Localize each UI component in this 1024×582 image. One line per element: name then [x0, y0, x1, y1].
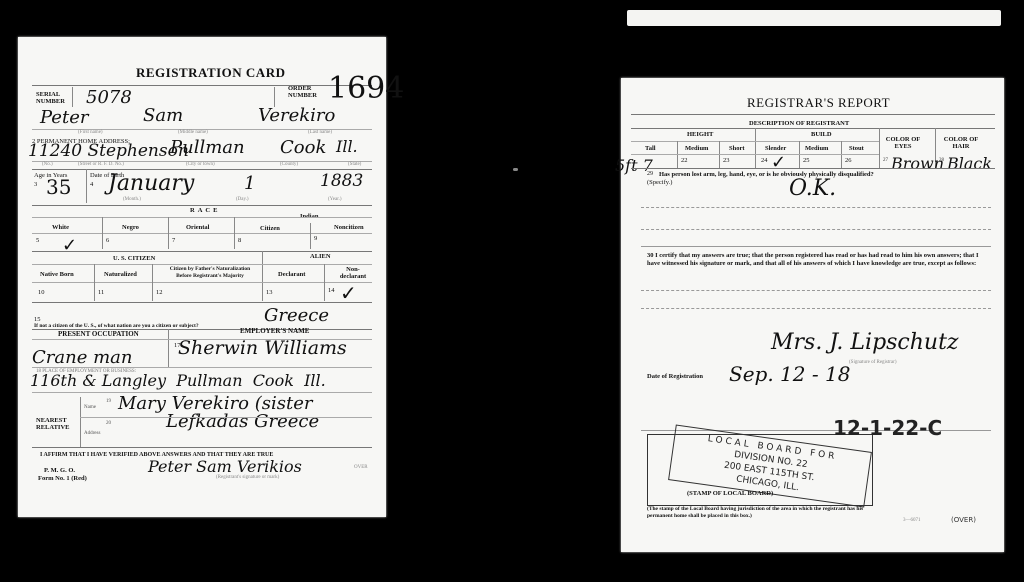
file-number: 12-1-22-C	[833, 416, 942, 440]
paper-strip	[627, 10, 1001, 26]
nation-num: 15	[34, 316, 41, 323]
certify-text: 30 I certify that my answers are true; t…	[647, 252, 993, 268]
build-slender-check: ✓	[771, 152, 786, 173]
nation-value: Greece	[264, 305, 329, 326]
build-heading: BUILD	[811, 131, 832, 138]
build-slender-label: Slender	[765, 145, 786, 152]
occupation-value: Crane man	[32, 347, 132, 368]
cit-num-11: 11	[98, 289, 104, 296]
eyes-num: 27	[883, 158, 888, 163]
build-num-24: 24	[761, 157, 768, 164]
relative-address-value: Lefkadas Greece	[166, 411, 319, 432]
height-medium-label: Medium	[685, 145, 708, 152]
place-value: 116th & Langley Pullman Cook Ill.	[30, 371, 326, 390]
build-medium-label: Medium	[805, 145, 828, 152]
order-value: 1694	[328, 71, 404, 106]
caption-month: (Month.)	[123, 197, 141, 202]
date-label: Date of Registration	[647, 373, 703, 380]
address-city: Pullman	[170, 137, 245, 158]
age-value: 35	[46, 175, 71, 199]
relative-name-num: 19	[106, 399, 111, 404]
signature-caption: (Registrant's signature or mark)	[216, 475, 279, 480]
middle-name: Sam	[143, 105, 183, 126]
caption-state: (State)	[348, 162, 361, 167]
certify-body: I certify that my answers are true; that…	[647, 252, 978, 267]
hair-heading: COLOR OF HAIR	[941, 136, 981, 150]
form-id-line2: Form No. 1 (Red)	[38, 475, 87, 482]
height-tall-label: Tall	[645, 145, 656, 152]
caption-day: (Day.)	[236, 197, 249, 202]
dob-month: January	[108, 171, 194, 196]
non-declarant-label: Non-declarant	[336, 266, 370, 280]
stamp-caption: (STAMP OF LOCAL BOARD)	[687, 490, 773, 497]
declarant-label: Declarant	[278, 271, 305, 278]
relative-address-num: 20	[106, 421, 111, 426]
registration-card: REGISTRATION CARD SERIAL NUMBER 5078 ORD…	[18, 37, 386, 517]
relative-address-label: Address	[84, 431, 100, 436]
hair-value: Black	[947, 154, 992, 173]
caption-middle: (Middle name)	[178, 130, 208, 135]
hair-num: 28	[939, 158, 944, 163]
race-num-8: 8	[238, 237, 241, 244]
registration-date: Sep. 12 - 18	[729, 362, 850, 386]
last-name: Verekiro	[258, 105, 335, 126]
cit-num-13: 13	[266, 289, 273, 296]
employer-value: Sherwin Williams	[178, 337, 347, 359]
dob-num: 4	[90, 181, 93, 188]
race-white-check: ✓	[62, 235, 77, 256]
first-name: Peter	[40, 107, 88, 128]
registrant-signature: Peter Sam Verikios	[148, 457, 302, 476]
build-stout-label: Stout	[849, 145, 864, 152]
caption-city: (City or town)	[186, 162, 215, 167]
over-label: OVER	[354, 465, 368, 470]
stamp-note: (The stamp of the Local Board having jur…	[647, 506, 887, 520]
order-label: ORDER NUMBER	[288, 85, 322, 99]
eyes-value: Brown	[891, 154, 944, 173]
naturalized-label: Naturalized	[104, 271, 137, 278]
dob-year: 1883	[320, 171, 363, 191]
race-noncitizen-label: Noncitizen	[334, 224, 364, 231]
occupation-label: PRESENT OCCUPATION	[58, 331, 139, 338]
specify-label: (Specify.)	[647, 179, 672, 186]
registrar-signature: Mrs. J. Lipschutz	[771, 330, 959, 355]
race-num-7: 7	[172, 237, 175, 244]
cit-num-12: 12	[156, 289, 163, 296]
over-label-right: (OVER)	[951, 516, 976, 524]
caption-first: (First name)	[78, 130, 103, 135]
employer-label: EMPLOYER'S NAME	[240, 328, 309, 335]
card-title: REGISTRATION CARD	[136, 65, 285, 81]
report-title: REGISTRAR'S REPORT	[747, 95, 890, 111]
form-id-line1: P. M. G. O.	[44, 467, 75, 474]
height-short-label: Short	[729, 145, 745, 152]
caption-county: (County)	[280, 162, 298, 167]
relative-label: NEAREST RELATIVE	[36, 417, 82, 431]
caption-year: (Year.)	[328, 197, 342, 202]
race-num-5: 5	[36, 237, 39, 244]
eyes-heading: COLOR OF EYES	[883, 136, 923, 150]
address-street: 11240 Stephenson	[28, 141, 189, 161]
height-num-22: 22	[681, 157, 688, 164]
native-born-label: Native Born	[40, 271, 74, 278]
race-citizen-label: Citizen	[260, 225, 280, 232]
build-num-26: 26	[845, 157, 852, 164]
height-heading: HEIGHT	[687, 131, 713, 138]
race-num-6: 6	[106, 237, 109, 244]
race-oriental-label: Oriental	[186, 224, 209, 231]
cit-num-14: 14	[328, 287, 335, 294]
age-num: 3	[34, 181, 37, 188]
disq-num: 29	[647, 171, 653, 178]
dob-day: 1	[244, 173, 255, 194]
build-num-25: 25	[803, 157, 810, 164]
caption-street: (Street or R. F. D. No.)	[78, 162, 124, 167]
serial-label: SERIAL NUMBER	[36, 91, 70, 105]
us-citizen-heading: U. S. CITIZEN	[113, 255, 155, 262]
height-num-23: 23	[723, 157, 730, 164]
registrar-caption: (Signature of Registrar)	[849, 360, 897, 365]
race-num-9: 9	[314, 235, 317, 242]
caption-no: (No.)	[42, 162, 53, 167]
race-white-label: White	[52, 224, 69, 231]
certify-num: 30	[647, 252, 654, 259]
description-heading: DESCRIPTION OF REGISTRANT	[749, 120, 849, 127]
disqualified-label: Has person lost arm, leg, hand, eye, or …	[659, 171, 874, 178]
disqualified-value: O.K.	[789, 176, 836, 201]
serial-value: 5078	[86, 87, 132, 108]
cit-num-10: 10	[38, 289, 45, 296]
father-naturalization-label: Citizen by Father's Naturalization Befor…	[162, 266, 258, 280]
form-code: 3—6071	[903, 518, 921, 523]
alien-heading: ALIEN	[310, 253, 331, 260]
registrars-report-card: REGISTRAR'S REPORT DESCRIPTION OF REGIST…	[621, 78, 1004, 552]
caption-last: (Last name)	[308, 130, 332, 135]
scan-speck	[513, 168, 518, 171]
address-county: Cook	[280, 137, 326, 158]
race-negro-label: Negro	[122, 224, 139, 231]
address-state: Ill.	[336, 137, 358, 156]
race-heading: RACE	[190, 207, 220, 214]
relative-name-label: Name	[84, 405, 96, 410]
